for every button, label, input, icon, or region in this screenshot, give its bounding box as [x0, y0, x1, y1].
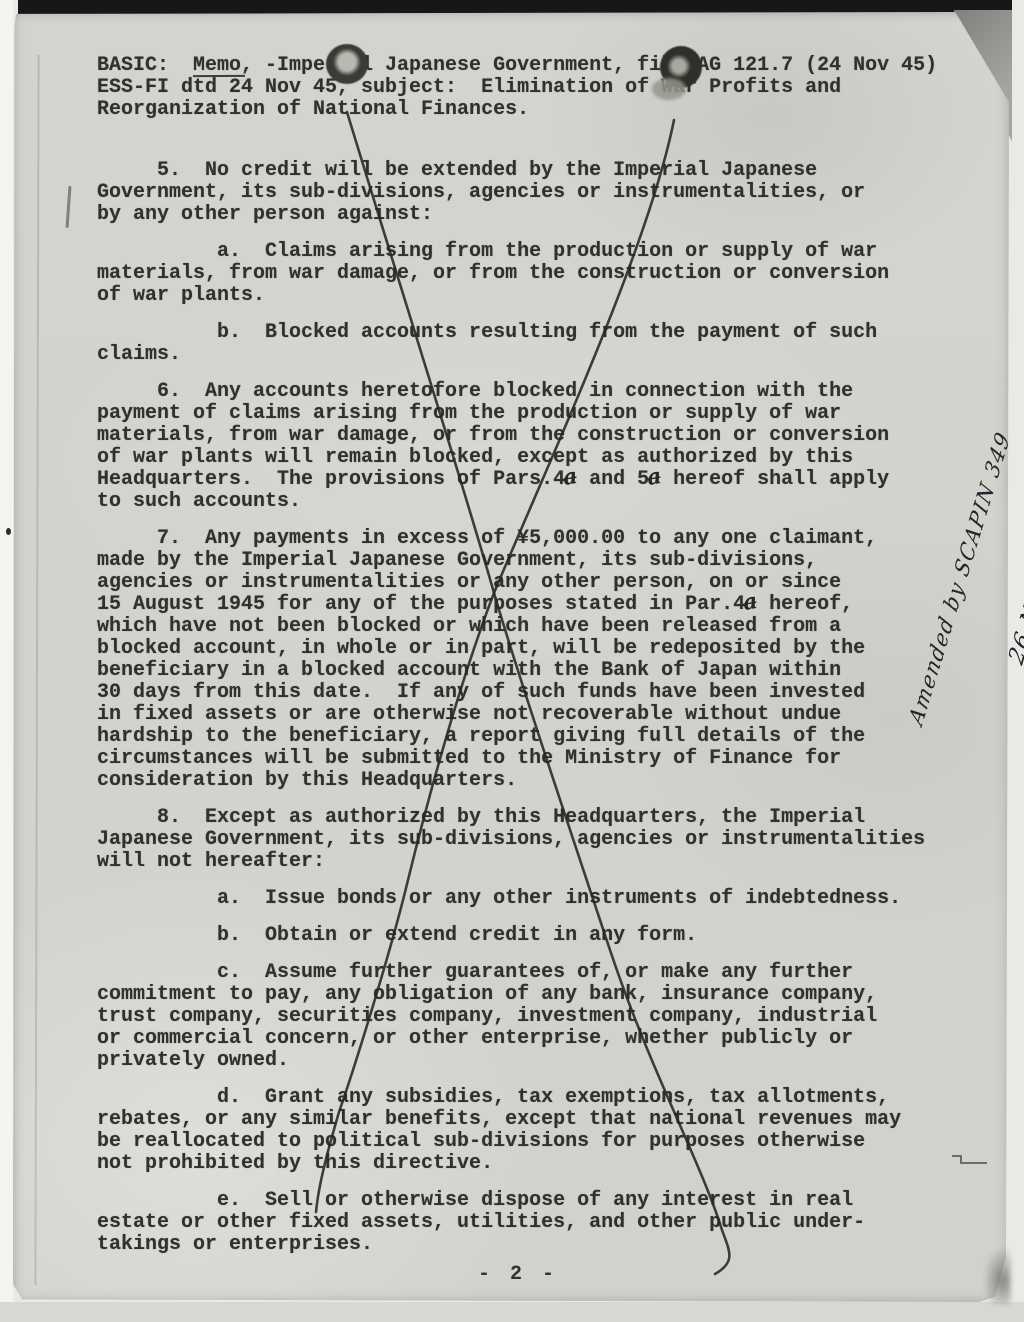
- typed-line: claims.: [97, 344, 977, 366]
- text-block-para-6: 6. Any accounts heretofore blocked in co…: [97, 381, 977, 513]
- typed-line: rebates, or any similar benefits, except…: [97, 1109, 977, 1131]
- typed-line: of war plants will remain blocked, excep…: [97, 447, 977, 469]
- text-block-para-8c: c. Assume further guarantees of, or make…: [97, 962, 977, 1072]
- typed-line: Headquarters. The provisions of Pars.4 a…: [97, 469, 977, 491]
- typed-line: materials, from war damage, or from the …: [97, 263, 977, 285]
- corner-smudge: [983, 1246, 1011, 1304]
- typed-line: e. Sell or otherwise dispose of any inte…: [97, 1190, 977, 1212]
- typed-line: Reorganization of National Finances.: [97, 99, 977, 121]
- text-block-para-5b: b. Blocked accounts resulting from the p…: [97, 322, 977, 366]
- typed-line: 5. No credit will be extended by the Imp…: [97, 160, 977, 182]
- scan-margin-bottom: [0, 1302, 1024, 1322]
- typed-line: blocked account, in whole or in part, wi…: [97, 638, 977, 660]
- margin-note-line2: 26 Nov 45: [1005, 431, 1024, 669]
- text-block-para-8b: b. Obtain or extend credit in any form.: [97, 925, 977, 947]
- typed-line: d. Grant any subsidies, tax exemptions, …: [97, 1087, 977, 1109]
- text-block-para-8: 8. Except as authorized by this Headquar…: [97, 807, 977, 873]
- text-block-para-5: 5. No credit will be extended by the Imp…: [97, 160, 977, 226]
- ink-smudge-mark: [652, 78, 686, 100]
- typed-line: 6. Any accounts heretofore blocked in co…: [97, 381, 977, 403]
- typed-line: made by the Imperial Japanese Government…: [97, 550, 977, 572]
- typed-line: Japanese Government, its sub-divisions, …: [97, 829, 977, 851]
- typed-line: of war plants.: [97, 285, 977, 307]
- memo-underline: [193, 75, 245, 77]
- typed-line: 8. Except as authorized by this Headquar…: [97, 807, 977, 829]
- text-block-para-8d: d. Grant any subsidies, tax exemptions, …: [97, 1087, 977, 1175]
- typed-line: will not hereafter:: [97, 851, 977, 873]
- typed-line: circumstances will be submitted to the M…: [97, 748, 977, 770]
- typed-line: in fixed assets or are otherwise not rec…: [97, 704, 977, 726]
- typed-line: b. Obtain or extend credit in any form.: [97, 925, 977, 947]
- scan-margin-left: [0, 0, 13, 1322]
- text-block-para-7: 7. Any payments in excess of ¥5,000.00 t…: [97, 528, 977, 792]
- typed-line: c. Assume further guarantees of, or make…: [97, 962, 977, 984]
- typed-line: beneficiary in a blocked account with th…: [97, 660, 977, 682]
- typed-line: ESS-FI dtd 24 Nov 45, subject: Eliminati…: [97, 77, 977, 99]
- typed-line: materials, from war damage, or from the …: [97, 425, 977, 447]
- typed-line: which have not been blocked or which hav…: [97, 616, 977, 638]
- typed-line: commitment to pay, any obligation of any…: [97, 984, 977, 1006]
- typed-line: privately owned.: [97, 1050, 977, 1072]
- typed-text: BASIC: Memo, -Imperial Japanese Governme…: [97, 55, 977, 1271]
- text-block-header: BASIC: Memo, -Imperial Japanese Governme…: [97, 55, 977, 121]
- text-block-para-8e: e. Sell or otherwise dispose of any inte…: [97, 1190, 977, 1256]
- text-block-para-5a: a. Claims arising from the production or…: [97, 241, 977, 307]
- scanned-document: { "document": { "colors": { "paper": "#d…: [0, 0, 1024, 1322]
- hole-punch-mark-left: [326, 44, 368, 84]
- typed-line: a. Issue bonds or any other instruments …: [97, 888, 977, 910]
- typed-line: 15 August 1945 for any of the purposes s…: [97, 594, 977, 616]
- typed-line: 30 days from this date. If any of such f…: [97, 682, 977, 704]
- typed-line: agencies or instrumentalities or any oth…: [97, 572, 977, 594]
- typed-line: Government, its sub-divisions, agencies …: [97, 182, 977, 204]
- page-number: - 2 -: [478, 1263, 558, 1286]
- typed-line: 7. Any payments in excess of ¥5,000.00 t…: [97, 528, 977, 550]
- typed-line: consideration by this Headquarters.: [97, 770, 977, 792]
- scan-shadow-top: [18, 0, 1012, 14]
- stray-dot-mark: [6, 528, 11, 535]
- typed-line: trust company, securities company, inves…: [97, 1006, 977, 1028]
- typed-line: or commercial concern, or other enterpri…: [97, 1028, 977, 1050]
- typed-line: by any other person against:: [97, 204, 977, 226]
- typed-line: b. Blocked accounts resulting from the p…: [97, 322, 977, 344]
- typed-line: BASIC: Memo, -Imperial Japanese Governme…: [97, 55, 977, 77]
- typed-line: to such accounts.: [97, 491, 977, 513]
- typed-line: hardship to the beneficiary, a report gi…: [97, 726, 977, 748]
- typed-line: not prohibited by this directive.: [97, 1153, 977, 1175]
- typed-line: be reallocated to political sub-division…: [97, 1131, 977, 1153]
- typed-line: takings or enterprises.: [97, 1234, 977, 1256]
- text-block-para-8a: a. Issue bonds or any other instruments …: [97, 888, 977, 910]
- typed-line: a. Claims arising from the production or…: [97, 241, 977, 263]
- typed-line: estate or other fixed assets, utilities,…: [97, 1212, 977, 1234]
- typed-line: payment of claims arising from the produ…: [97, 403, 977, 425]
